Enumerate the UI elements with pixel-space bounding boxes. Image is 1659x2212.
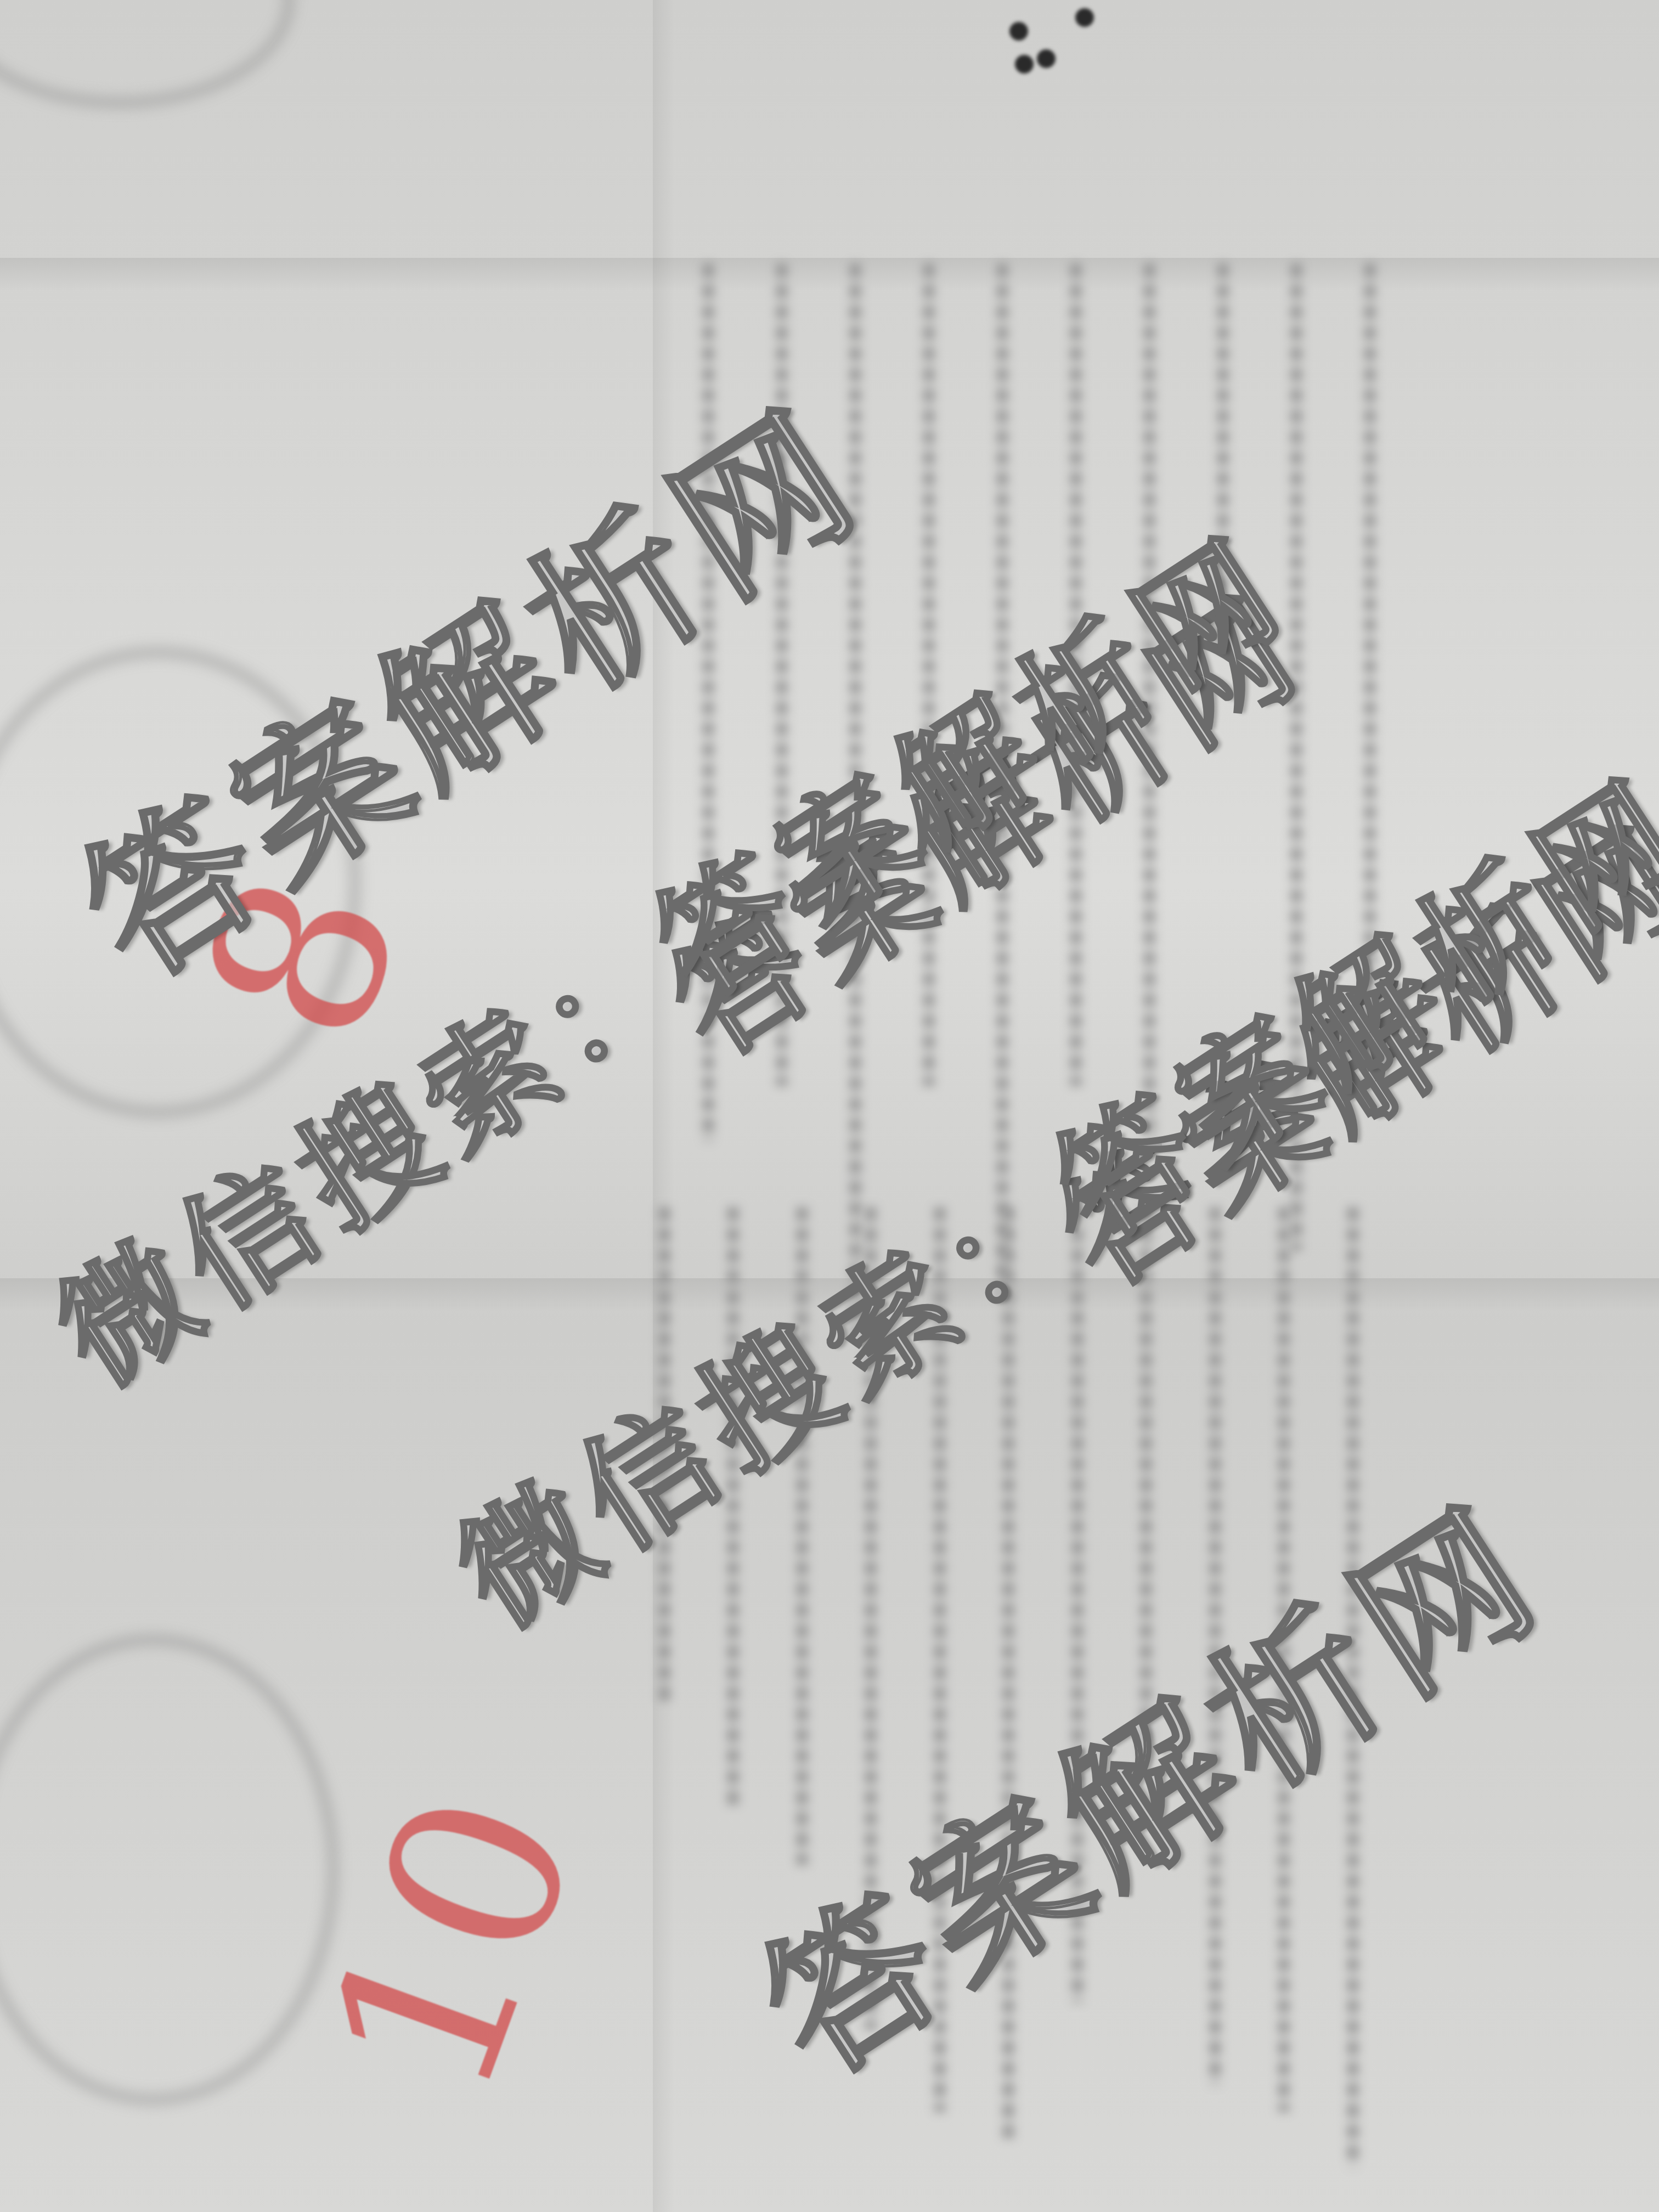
stamp-seal bbox=[0, 0, 294, 108]
document-photo: 8 10 答案解析网 答案解析网 答案解析网 微信搜索：答案解析网 微信搜索：答… bbox=[0, 0, 1659, 2212]
fold-line bbox=[653, 0, 675, 2212]
fold-line bbox=[0, 258, 1659, 291]
